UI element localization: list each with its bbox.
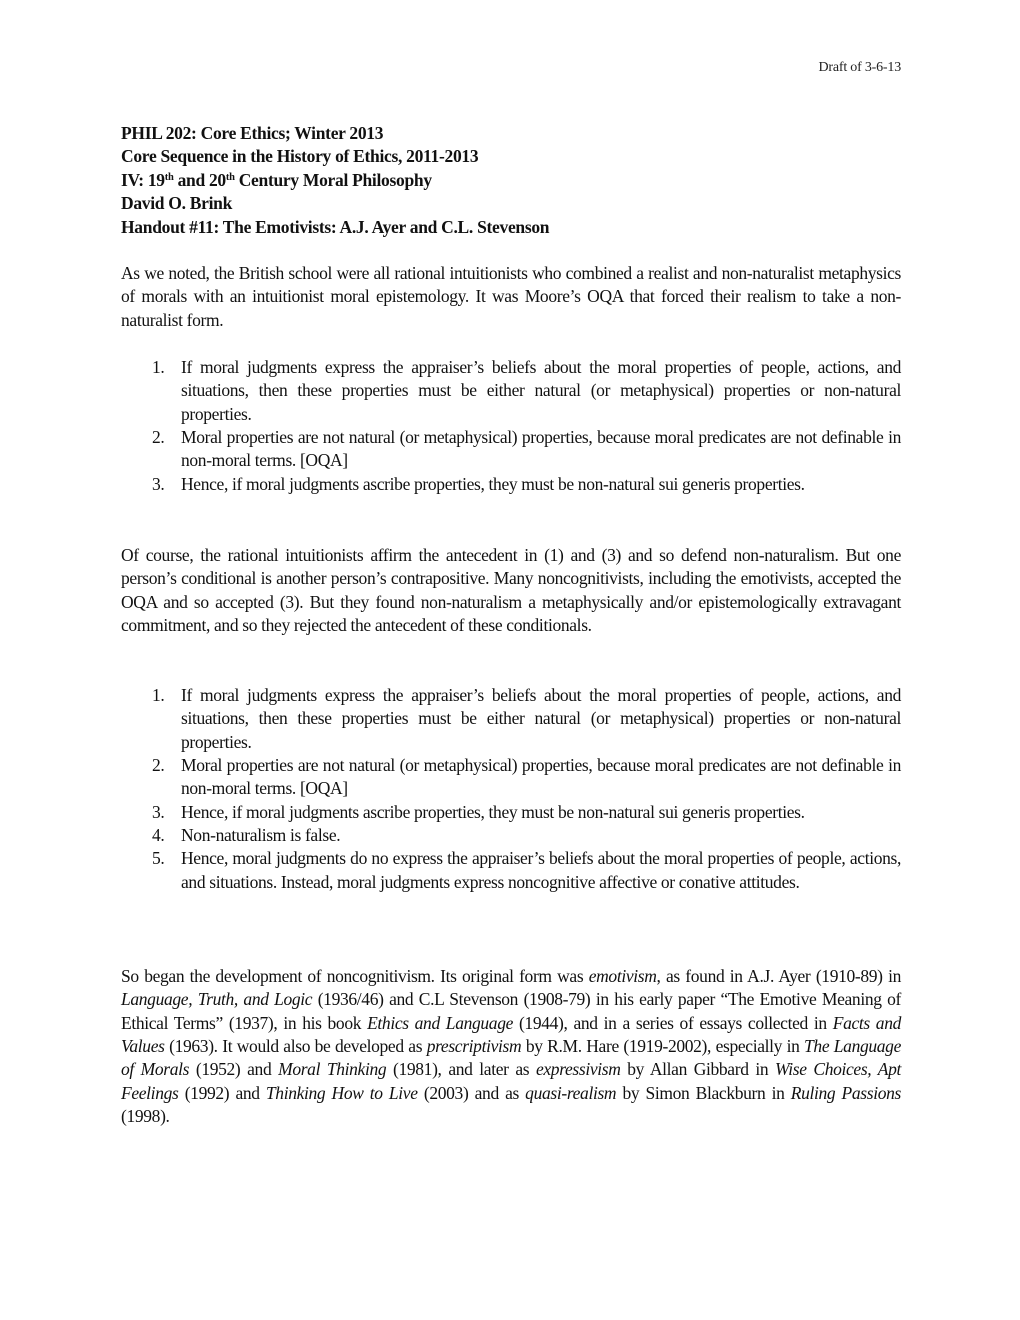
document-header: PHIL 202: Core Ethics; Winter 2013 Core … — [121, 122, 901, 239]
text-run: (1981), and later as — [386, 1059, 536, 1079]
italic-title: Ethics and Language — [367, 1013, 513, 1033]
argument-list-1: 1.If moral judgments express the apprais… — [121, 356, 901, 496]
italic-title: quasi-realism — [525, 1083, 616, 1103]
argument-step: 1.If moral judgments express the apprais… — [121, 684, 901, 754]
handout-title: Handout #11: The Emotivists: A.J. Ayer a… — [121, 216, 901, 239]
author-name: David O. Brink — [121, 192, 901, 215]
step-text: Hence, if moral judgments ascribe proper… — [181, 802, 805, 822]
italic-title: Moral Thinking — [278, 1059, 386, 1079]
italic-title: Ruling Passions — [791, 1083, 901, 1103]
text-run: (1992) and — [178, 1083, 265, 1103]
argument-step: 2.Moral properties are not natural (or m… — [121, 426, 901, 473]
step-number: 1. — [152, 684, 164, 707]
step-number: 4. — [152, 824, 164, 847]
step-text: Moral properties are not natural (or met… — [181, 755, 901, 798]
italic-title: expressivism — [536, 1059, 621, 1079]
sequence-title: Core Sequence in the History of Ethics, … — [121, 145, 901, 168]
text-run: (1952) and — [189, 1059, 278, 1079]
text-run: by R.M. Hare (1919-2002), especially in — [521, 1036, 804, 1056]
argument-step: 4.Non-naturalism is false. — [121, 824, 901, 847]
argument-step: 5.Hence, moral judgments do no express t… — [121, 847, 901, 894]
step-number: 2. — [152, 754, 164, 777]
step-text: If moral judgments express the appraiser… — [181, 357, 901, 424]
step-text: Non-naturalism is false. — [181, 825, 340, 845]
step-text: Hence, moral judgments do no express the… — [181, 848, 901, 891]
text-run: So began the development of noncognitivi… — [121, 966, 589, 986]
step-number: 3. — [152, 801, 164, 824]
italic-title: Thinking How to Live — [266, 1083, 418, 1103]
unit-title: IV: 19th and 20th Century Moral Philosop… — [121, 169, 901, 192]
italic-title: emotivism — [589, 966, 657, 986]
step-text: If moral judgments express the appraiser… — [181, 685, 901, 752]
course-title: PHIL 202: Core Ethics; Winter 2013 — [121, 122, 901, 145]
argument-step: 3.Hence, if moral judgments ascribe prop… — [121, 473, 901, 496]
step-text: Hence, if moral judgments ascribe proper… — [181, 474, 805, 494]
history-paragraph: So began the development of noncognitivi… — [121, 965, 901, 1128]
text-run: (1944), and in a series of essays collec… — [513, 1013, 833, 1033]
text-run: by Simon Blackburn in — [616, 1083, 791, 1103]
argument-list-2: 1.If moral judgments express the apprais… — [121, 684, 901, 894]
italic-title: Language, Truth, and Logic — [121, 989, 312, 1009]
step-number: 3. — [152, 473, 164, 496]
text-run: (1963). It would also be developed as — [165, 1036, 427, 1056]
italic-title: prescriptivism — [427, 1036, 522, 1056]
text-run: , as found in A.J. Ayer (1910-89) in — [657, 966, 901, 986]
draft-date-label: Draft of 3-6-13 — [818, 60, 901, 76]
argument-step: 1.If moral judgments express the apprais… — [121, 356, 901, 426]
text-run: (2003) and as — [418, 1083, 526, 1103]
step-number: 1. — [152, 356, 164, 379]
text-run: (1998). — [121, 1106, 170, 1126]
step-text: Moral properties are not natural (or met… — [181, 427, 901, 470]
step-number: 5. — [152, 847, 164, 870]
step-number: 2. — [152, 426, 164, 449]
argument-step: 2.Moral properties are not natural (or m… — [121, 754, 901, 801]
text-run: by Allan Gibbard in — [621, 1059, 775, 1079]
intro-paragraph: As we noted, the British school were all… — [121, 262, 901, 332]
argument-step: 3.Hence, if moral judgments ascribe prop… — [121, 801, 901, 824]
contrapositive-paragraph: Of course, the rational intuitionists af… — [121, 544, 901, 637]
